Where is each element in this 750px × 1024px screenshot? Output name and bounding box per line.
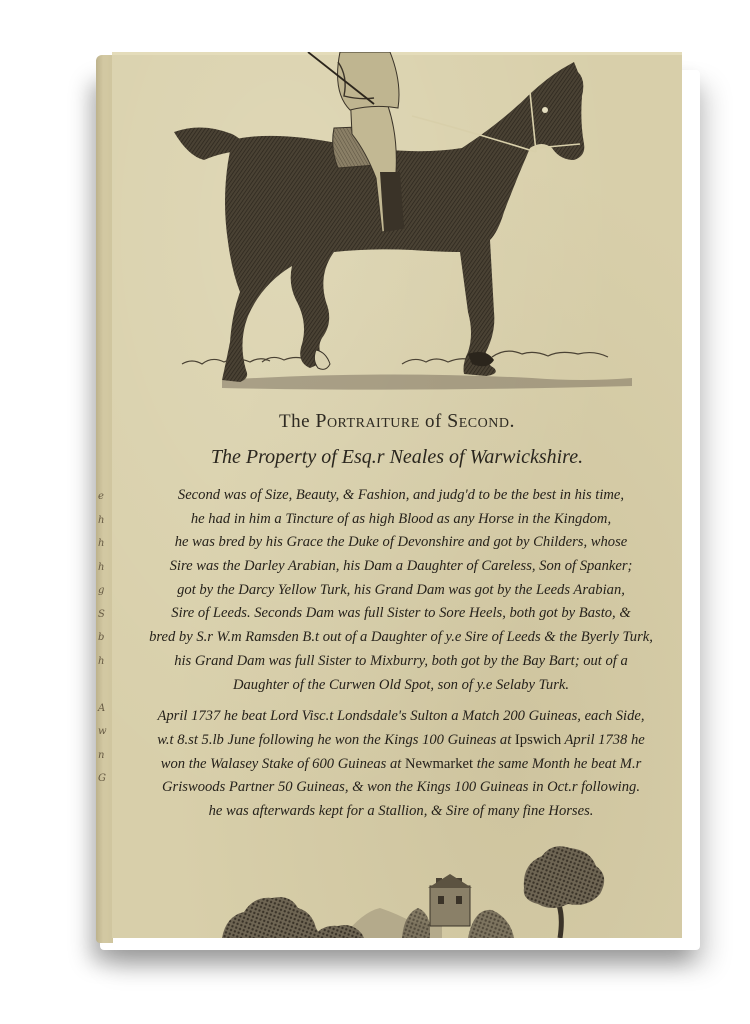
title-prefix: The (279, 411, 310, 432)
pedigree-line: Second was of Size, Beauty, & Fashion, a… (128, 484, 674, 508)
spine-fragment: A (98, 697, 112, 721)
record-line: won the Walasey Stake of 600 Guineas at … (128, 753, 674, 777)
record-place: Newmarket (405, 756, 473, 772)
title-word: Portraiture (315, 410, 419, 432)
pedigree-line: Sire was the Darley Arabian, his Dam a D… (128, 555, 674, 579)
title-horse-name: Second. (447, 410, 515, 432)
record-place: Ipswich (515, 732, 561, 748)
record-text: April 1738 he (561, 732, 645, 748)
record-line: he was afterwards kept for a Stallion, &… (128, 800, 674, 824)
spine-fragment: h (98, 532, 112, 556)
spine-fragment: G (98, 767, 112, 791)
record-line: April 1737 he beat Lord Visc.t Londsdale… (128, 705, 674, 729)
spine-fragment: h (98, 509, 112, 533)
canvas-front: The Portraiture of Second. The Property … (112, 52, 682, 938)
paragraph-gap (128, 697, 674, 705)
spine-fragment: e (98, 485, 112, 509)
artwork-description: Second was of Size, Beauty, & Fashion, a… (128, 484, 674, 824)
pedigree-line: got by the Darcy Yellow Turk, his Grand … (128, 579, 674, 603)
artwork-title: The Portraiture of Second. (112, 410, 682, 433)
pedigree-line: he had in him a Tincture of as high Bloo… (128, 508, 674, 532)
record-text: he was afterwards kept for a Stallion, &… (209, 803, 594, 819)
spine-fragment: S (98, 603, 112, 627)
pedigree-line: Daughter of the Curwen Old Spot, son of … (128, 674, 674, 698)
record-text: Griswoods Partner 50 Guineas, & won the … (162, 779, 640, 795)
pedigree-line: his Grand Dam was full Sister to Mixburr… (128, 650, 674, 674)
record-text: the same Month he beat M.r (473, 756, 641, 772)
pedigree-line: he was bred by his Grace the Duke of Dev… (128, 531, 674, 555)
record-text: w.t 8.st 5.lb June following he won the … (157, 732, 515, 748)
landscape-engraving (112, 842, 682, 938)
spine-fragment: h (98, 556, 112, 580)
record-line: w.t 8.st 5.lb June following he won the … (128, 729, 674, 753)
pedigree-line: Sire of Leeds. Seconds Dam was full Sist… (128, 602, 674, 626)
spine-fragment: n (98, 744, 112, 768)
spine-fragment: w (98, 720, 112, 744)
spine-fragment: g (98, 579, 112, 603)
spine-fragment: b (98, 626, 112, 650)
artwork-subtitle: The Property of Esq.r Neales of Warwicks… (112, 446, 682, 469)
record-text: won the Walasey Stake of 600 Guineas at (161, 756, 405, 772)
horse-rider-engraving (112, 52, 682, 392)
record-line: Griswoods Partner 50 Guineas, & won the … (128, 776, 674, 800)
title-of: of (425, 411, 442, 432)
pedigree-line: bred by S.r W.m Ramsden B.t out of a Dau… (128, 626, 674, 650)
spine-text-fragments: e h h h g S b h A w n G (98, 485, 112, 791)
record-text: April 1737 he beat Lord Visc.t Londsdale… (157, 708, 644, 724)
spine-fragment: h (98, 650, 112, 674)
spine-fragment (98, 673, 112, 697)
canvas-spine: e h h h g S b h A w n G (96, 55, 113, 943)
